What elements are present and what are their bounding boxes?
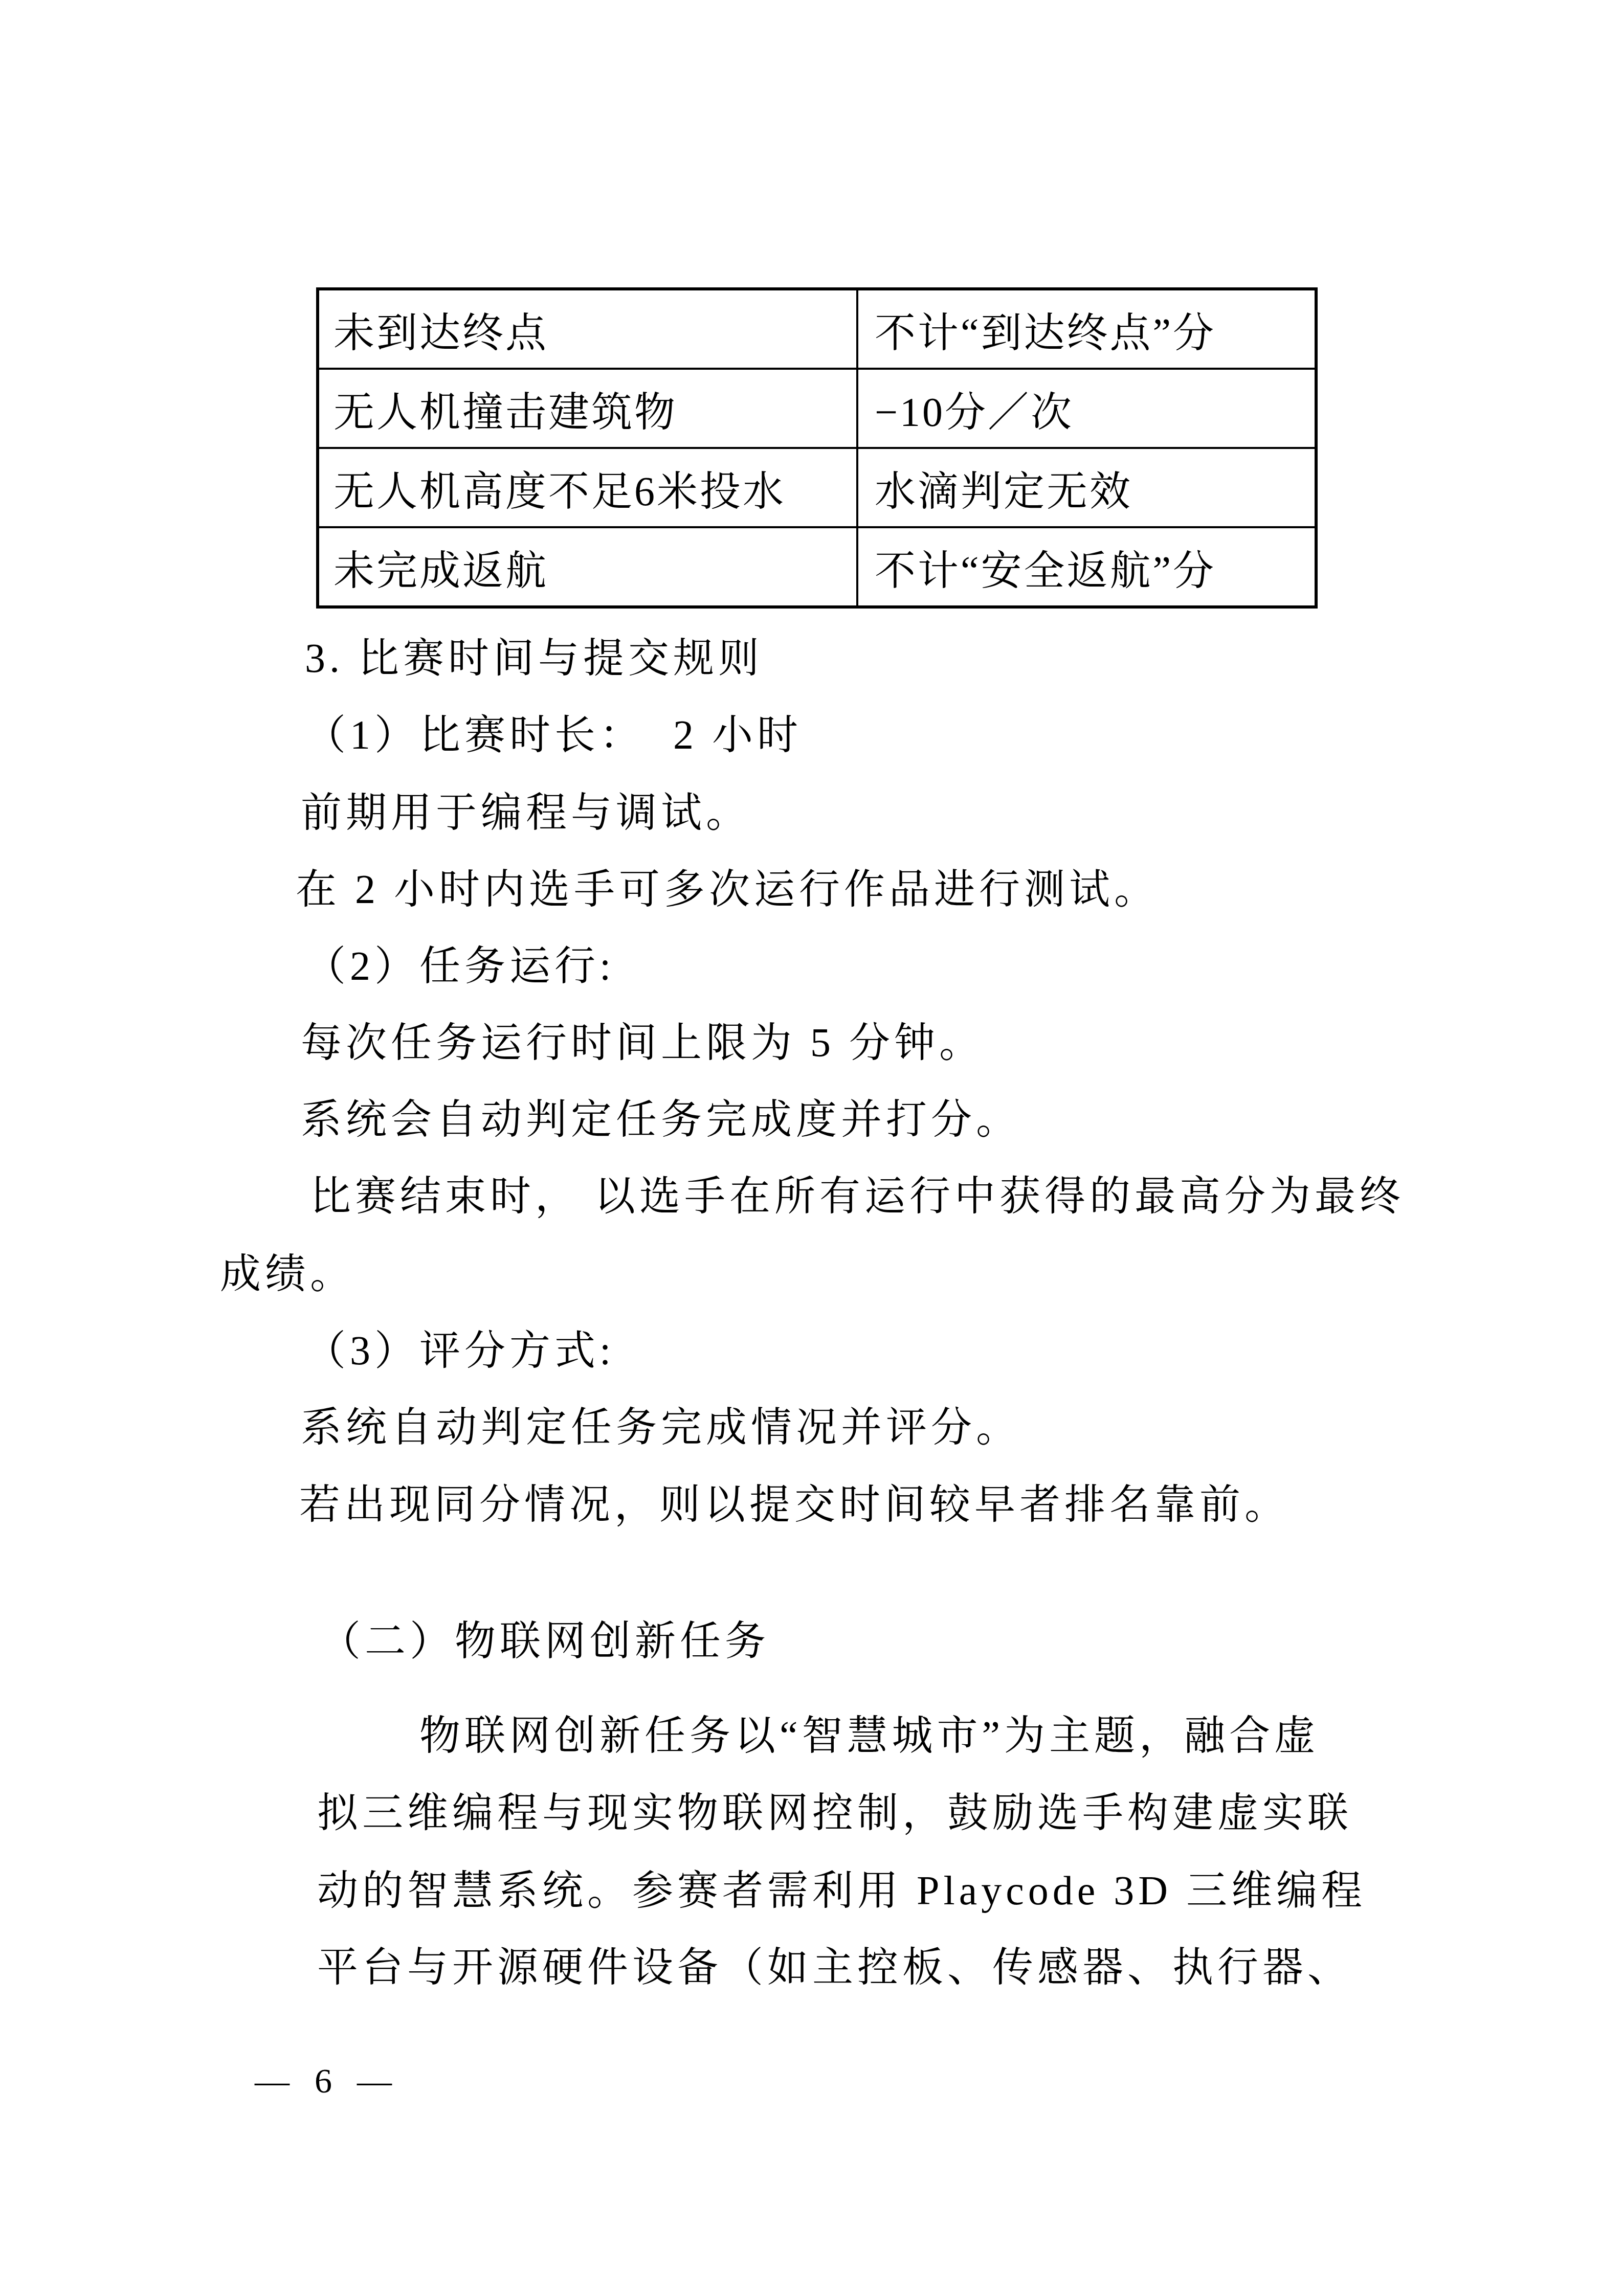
document-page: 未到达终点 不计“到达终点”分 无人机撞击建筑物 −10分／次 无人机高度不足6… <box>0 0 1623 2296</box>
table-row: 未到达终点 不计“到达终点”分 <box>318 289 1316 369</box>
violation-cell: 未完成返航 <box>318 527 857 607</box>
violation-cell: 无人机高度不足6米投水 <box>318 448 857 527</box>
violation-cell: 未到达终点 <box>318 289 857 369</box>
line-final-score-start: 比赛结束时， 以选手在所有运行中获得的最高分为最终 <box>310 1171 1405 1222</box>
penalty-cell: −10分／次 <box>857 369 1316 448</box>
table-row: 无人机高度不足6米投水 水滴判定无效 <box>318 448 1316 527</box>
violation-cell: 无人机撞击建筑物 <box>318 369 857 448</box>
para-iot-line3: 动的智慧系统。参赛者需利用 Playcode 3D 三维编程 <box>317 1865 1366 1917</box>
table-row: 无人机撞击建筑物 −10分／次 <box>318 369 1316 448</box>
para-iot-line2: 拟三维编程与现实物联网控制，鼓励选手构建虚实联 <box>317 1788 1352 1839</box>
item-2-task-run: （2）任务运行: <box>305 941 615 992</box>
line-final-score-end: 成绩。 <box>220 1249 355 1300</box>
heading-section-3: 3. 比赛时间与提交规则 <box>305 633 763 684</box>
heading-section-2-iot: （二）物联网创新任务 <box>320 1616 770 1667</box>
table-row: 未完成返航 不计“安全返航”分 <box>318 527 1316 607</box>
item-1-duration: （1）比赛时长： 2 小时 <box>305 710 802 761</box>
penalty-cell: 不计“安全返航”分 <box>857 527 1316 607</box>
line-auto-score: 系统会自动判定任务完成度并打分。 <box>301 1094 1021 1145</box>
penalty-table-body: 未到达终点 不计“到达终点”分 无人机撞击建筑物 −10分／次 无人机高度不足6… <box>318 289 1316 607</box>
line-run-limit: 每次任务运行时间上限为 5 分钟。 <box>301 1018 984 1069</box>
line-prep-note: 前期用于编程与调试。 <box>301 787 751 839</box>
penalty-table: 未到达终点 不计“到达终点”分 无人机撞击建筑物 −10分／次 无人机高度不足6… <box>316 287 1318 609</box>
para-iot-line1: 物联网创新任务以“智慧城市”为主题，融合虚 <box>419 1710 1319 1762</box>
line-auto-judge: 系统自动判定任务完成情况并评分。 <box>301 1402 1021 1453</box>
item-3-scoring: （3）评分方式: <box>305 1325 615 1377</box>
para-iot-line4: 平台与开源硬件设备（如主控板、传感器、执行器、 <box>317 1942 1352 1993</box>
line-test-note: 在 2 小时内选手可多次运行作品进行测试。 <box>296 864 1159 915</box>
page-number: — 6 — <box>255 2061 400 2101</box>
penalty-cell: 水滴判定无效 <box>857 448 1316 527</box>
penalty-cell: 不计“到达终点”分 <box>857 289 1316 369</box>
line-tiebreak: 若出现同分情况，则以提交时间较早者排名靠前。 <box>299 1479 1289 1530</box>
